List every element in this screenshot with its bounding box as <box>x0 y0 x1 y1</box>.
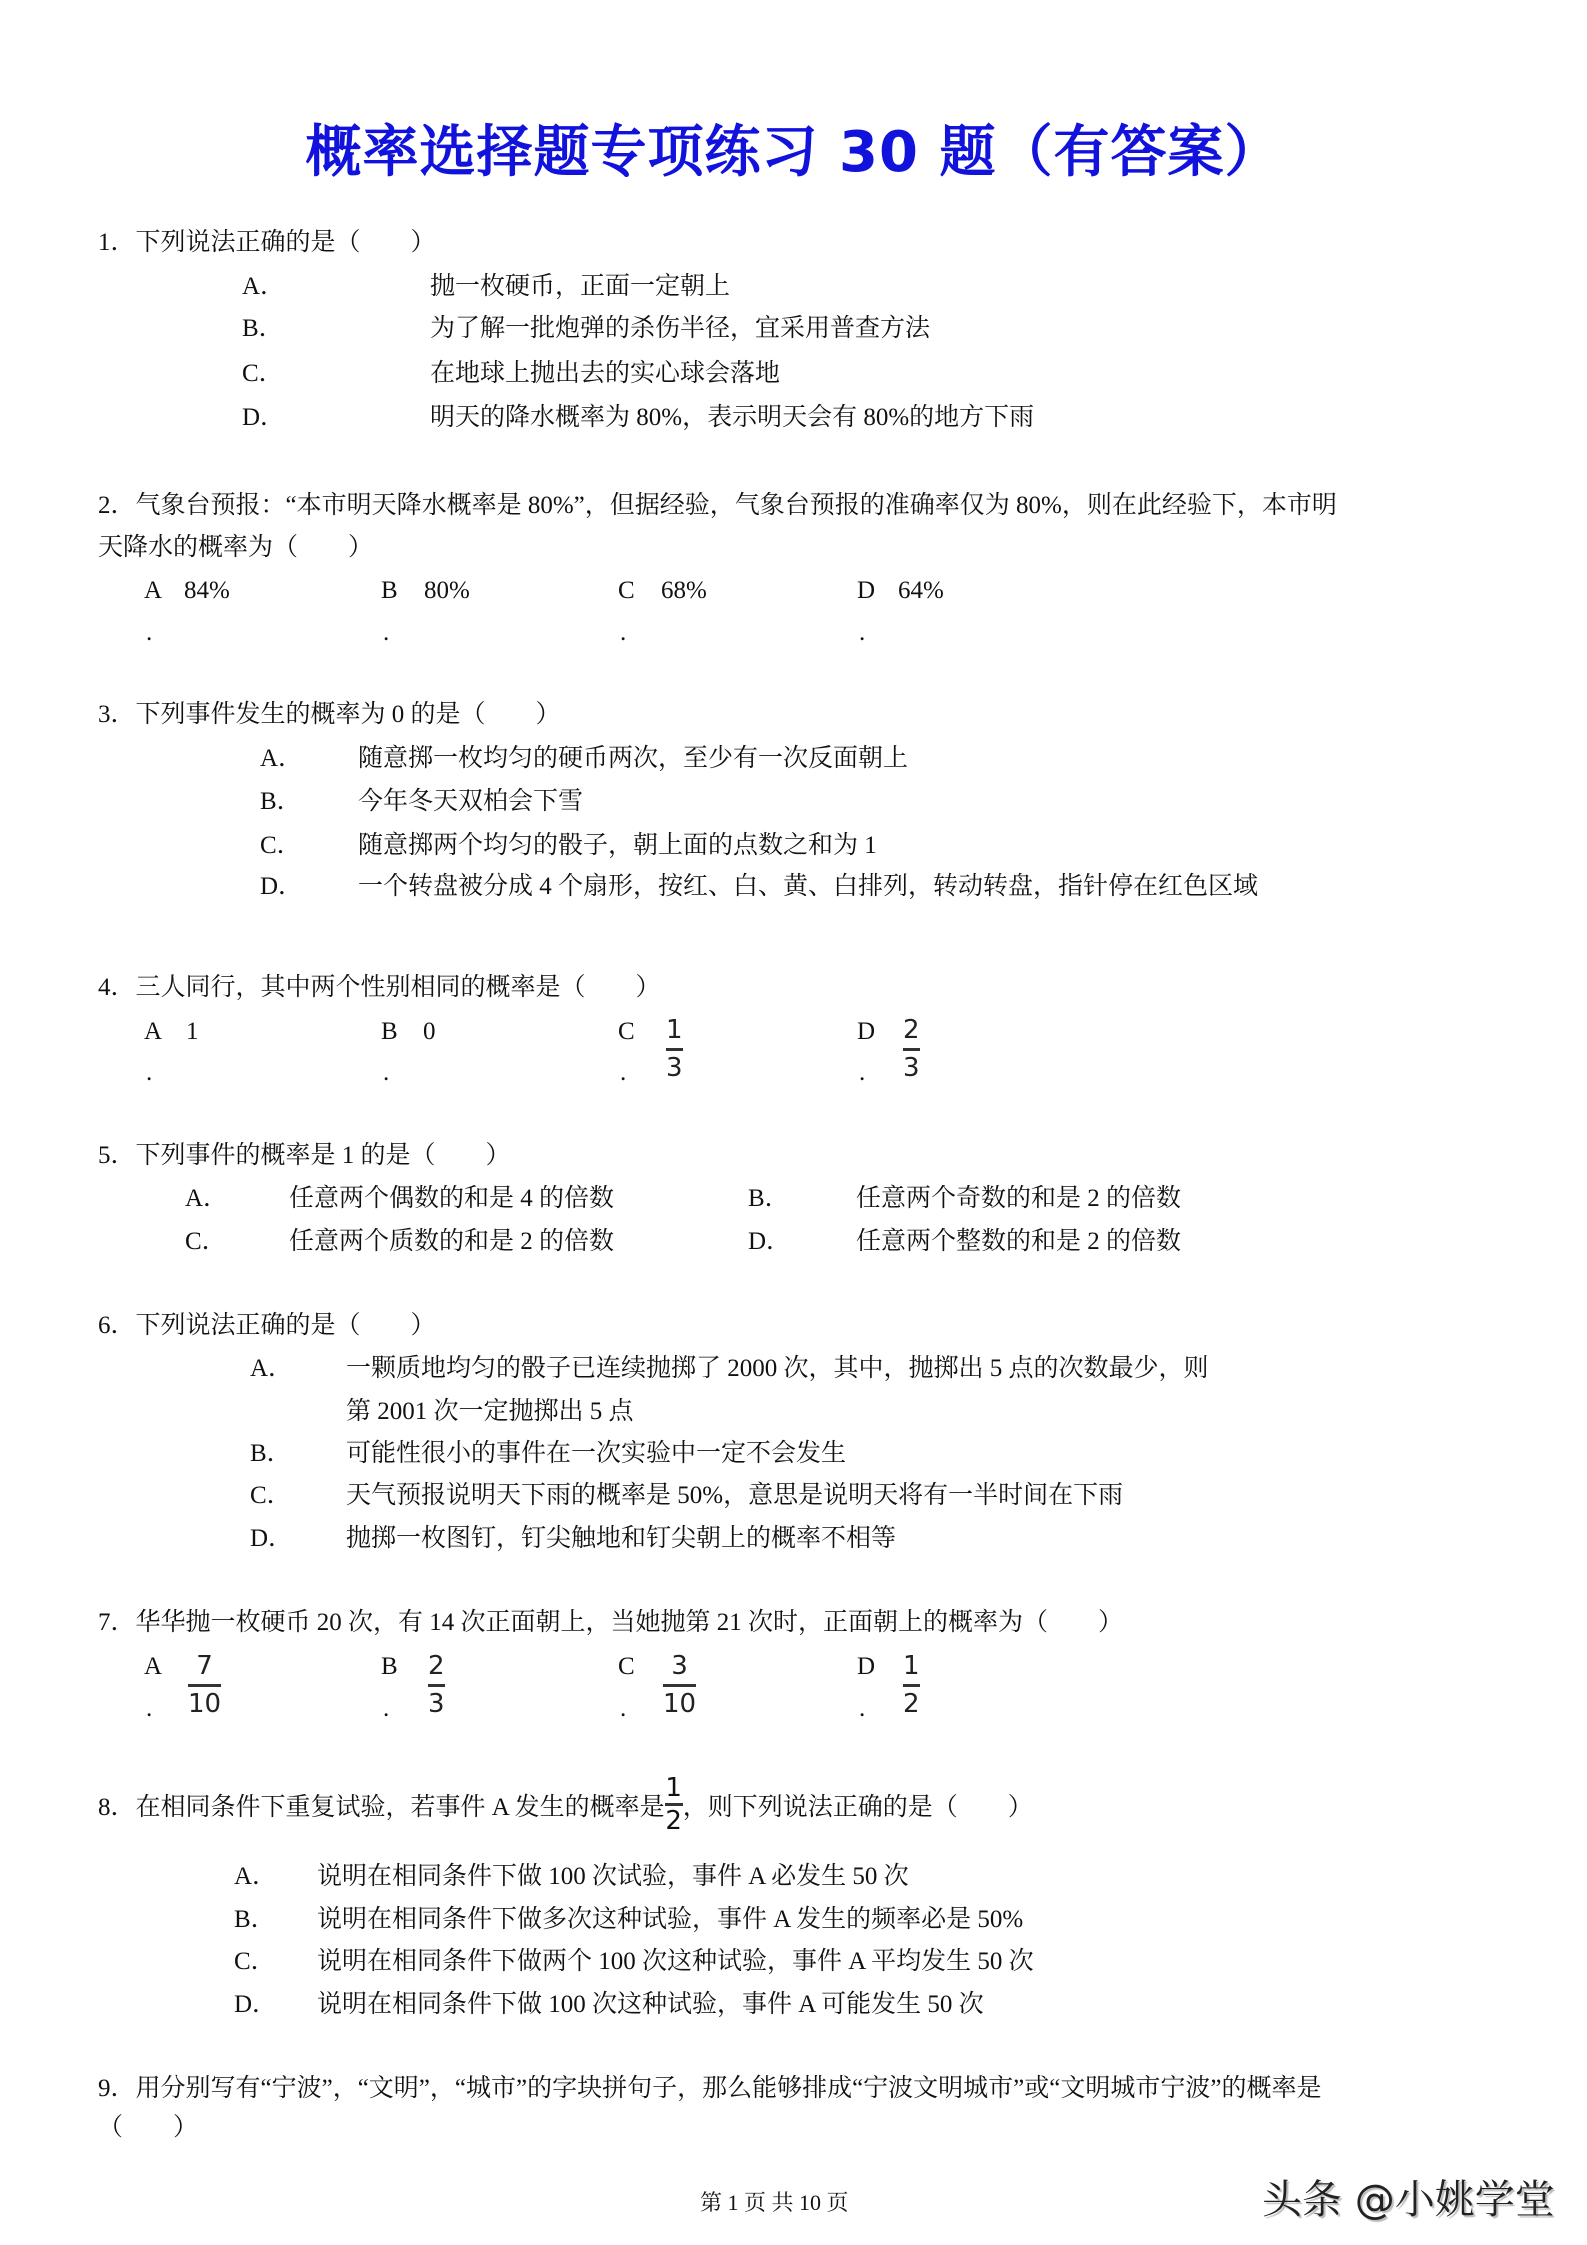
option-text: 随意掷一枚均匀的硬币两次，至少有一次反面朝上 <box>358 744 908 774</box>
option-text: 80% <box>424 576 470 606</box>
option-dot: . <box>859 1694 865 1724</box>
fraction-numerator: 1 <box>666 1016 683 1044</box>
option-label: A． <box>185 1184 228 1214</box>
option-text: 68% <box>661 576 707 606</box>
option-text: 任意两个整数的和是 2 的倍数 <box>856 1227 1181 1257</box>
fraction-numerator: 1 <box>903 1652 920 1680</box>
option-text: 天气预报说明天下雨的概率是 50%，意思是说明天将有一半时间在下雨 <box>346 1481 1123 1511</box>
option-label: A <box>144 1017 162 1047</box>
fraction-denominator: 2 <box>903 1690 920 1718</box>
fraction-denominator: 10 <box>663 1690 696 1718</box>
fraction-bar <box>663 1684 696 1687</box>
option-label: A． <box>250 1354 293 1384</box>
option-dot: . <box>620 1058 626 1088</box>
option-dot: . <box>146 1694 152 1724</box>
fraction: 7 10 <box>188 1652 221 1718</box>
page-title: 概率选择题专项练习 30 题（有答案） <box>0 108 1587 188</box>
option-label: B． <box>234 1905 276 1935</box>
question-stem-line2: 天降水的概率为（ ） <box>98 533 373 563</box>
question-stem: 7．华华抛一枚硬币 20 次，有 14 次正面朝上，当她抛第 21 次时，正面朝… <box>98 1608 1123 1638</box>
question-stem: 5．下列事件的概率是 1 的是（ ） <box>98 1141 511 1171</box>
option-label: A． <box>234 1862 277 1892</box>
fraction: 2 3 <box>428 1652 445 1718</box>
option-label: B． <box>260 787 302 817</box>
fraction: 1 2 <box>903 1652 920 1718</box>
watermark: 头条 @小姚学堂 <box>1262 2168 1555 2225</box>
fraction-denominator: 3 <box>428 1690 445 1718</box>
option-text: 说明在相同条件下做 100 次试验，事件 A 必发生 50 次 <box>317 1862 909 1892</box>
option-text: 任意两个奇数的和是 2 的倍数 <box>856 1184 1181 1214</box>
option-label: B． <box>250 1439 292 1469</box>
option-label: D <box>857 1652 875 1682</box>
option-text: 明天的降水概率为 80%，表示明天会有 80%的地方下雨 <box>430 403 1034 433</box>
option-text: 说明在相同条件下做两个 100 次这种试验，事件 A 平均发生 50 次 <box>317 1947 1034 1977</box>
fraction: 1 2 <box>665 1775 683 1834</box>
option-label: D <box>857 1017 875 1047</box>
fraction-bar <box>903 1684 920 1687</box>
option-label: C <box>618 1017 635 1047</box>
fraction-bar <box>666 1048 683 1051</box>
option-text: 84% <box>184 576 230 606</box>
fraction-numerator: 7 <box>196 1652 213 1680</box>
option-dot: . <box>146 1058 152 1088</box>
fraction: 2 3 <box>903 1016 920 1082</box>
fraction: 3 10 <box>663 1652 696 1718</box>
fraction-numerator: 1 <box>665 1775 682 1801</box>
question-stem: 8．在相同条件下重复试验，若事件 A 发生的概率是 1 2 ，则下列说法正确的是… <box>98 1793 1033 1834</box>
fraction-numerator: 2 <box>428 1652 445 1680</box>
fraction-numerator: 3 <box>671 1652 688 1680</box>
option-text: 0 <box>423 1017 436 1047</box>
fraction-denominator: 2 <box>665 1808 682 1834</box>
option-text: 抛掷一枚图钉，钉尖触地和钉尖朝上的概率不相等 <box>346 1524 896 1554</box>
option-text-line2: 第 2001 次一定抛掷出 5 点 <box>346 1397 634 1427</box>
option-label: C． <box>250 1481 292 1511</box>
option-text: 为了解一批炮弹的杀伤半径，宜采用普查方法 <box>430 314 930 344</box>
option-label: C <box>618 1652 635 1682</box>
option-label: D． <box>250 1524 293 1554</box>
option-label: D <box>857 576 875 606</box>
option-label: B <box>381 1017 398 1047</box>
option-text: 任意两个质数的和是 2 的倍数 <box>289 1227 614 1257</box>
option-label: A <box>144 1652 162 1682</box>
question-stem: 6．下列说法正确的是（ ） <box>98 1311 436 1341</box>
option-dot: . <box>620 618 626 648</box>
option-label: C． <box>260 831 302 861</box>
option-text: 说明在相同条件下做 100 次这种试验，事件 A 可能发生 50 次 <box>317 1990 984 2020</box>
option-label: B． <box>748 1184 790 1214</box>
option-label: B <box>381 1652 398 1682</box>
fraction-denominator: 3 <box>666 1054 683 1082</box>
option-text: 一个转盘被分成 4 个扇形，按红、白、黄、白排列，转动转盘，指针停在红色区域 <box>358 872 1258 902</box>
option-dot: . <box>620 1694 626 1724</box>
option-label: A． <box>260 744 303 774</box>
option-label: D． <box>748 1227 791 1257</box>
option-dot: . <box>859 1058 865 1088</box>
option-label: D． <box>260 872 303 902</box>
option-text: 随意掷两个均匀的骰子，朝上面的点数之和为 1 <box>358 831 877 861</box>
option-text: 1 <box>186 1017 199 1047</box>
option-label: C． <box>242 359 284 389</box>
question-stem-line1: 2．气象台预报：“本市明天降水概率是 80%”，但据经验，气象台预报的准确率仅为… <box>98 491 1337 521</box>
stem-text: ，则下列说法正确的是（ ） <box>683 1793 1033 1823</box>
option-text: 任意两个偶数的和是 4 的倍数 <box>289 1184 614 1214</box>
option-label: D． <box>234 1990 277 2020</box>
question-stem: 1．下列说法正确的是（ ） <box>98 228 436 258</box>
fraction-denominator: 3 <box>903 1054 920 1082</box>
option-text: 抛一枚硬币，正面一定朝上 <box>430 272 730 302</box>
page-number: 第 1 页 共 10 页 <box>700 2186 849 2217</box>
option-label: C <box>618 576 635 606</box>
fraction: 1 3 <box>666 1016 683 1082</box>
option-text: 64% <box>898 576 944 606</box>
option-text: 可能性很小的事件在一次实验中一定不会发生 <box>346 1439 846 1469</box>
fraction-bar <box>188 1684 221 1687</box>
option-text: 一颗质地均匀的骰子已连续抛掷了 2000 次，其中，抛掷出 5 点的次数最少，则 <box>346 1354 1209 1384</box>
option-text: 今年冬天双柏会下雪 <box>358 787 583 817</box>
question-stem-line1: 9．用分别写有“宁波”，“文明”，“城市”的字块拼句子，那么能够排成“宁波文明城… <box>98 2074 1321 2104</box>
option-label: B <box>381 576 398 606</box>
question-stem: 3．下列事件发生的概率为 0 的是（ ） <box>98 700 561 730</box>
option-label: A <box>144 576 162 606</box>
option-dot: . <box>383 1694 389 1724</box>
option-dot: . <box>859 618 865 648</box>
option-dot: . <box>146 618 152 648</box>
fraction-bar <box>903 1048 920 1051</box>
option-label: B． <box>242 314 284 344</box>
option-label: C． <box>185 1227 227 1257</box>
option-label: D． <box>242 403 285 433</box>
option-label: A． <box>242 272 285 302</box>
fraction-numerator: 2 <box>903 1016 920 1044</box>
stem-text: 8．在相同条件下重复试验，若事件 A 发生的概率是 <box>98 1793 665 1823</box>
fraction-denominator: 10 <box>188 1690 221 1718</box>
option-label: C． <box>234 1947 276 1977</box>
fraction-bar <box>428 1684 445 1687</box>
option-text: 在地球上抛出去的实心球会落地 <box>430 359 780 389</box>
option-dot: . <box>383 618 389 648</box>
question-stem: 4．三人同行，其中两个性别相同的概率是（ ） <box>98 973 661 1003</box>
question-stem-line2: （ ） <box>98 2113 198 2143</box>
option-text: 说明在相同条件下做多次这种试验，事件 A 发生的频率必是 50% <box>317 1905 1023 1935</box>
option-dot: . <box>383 1058 389 1088</box>
